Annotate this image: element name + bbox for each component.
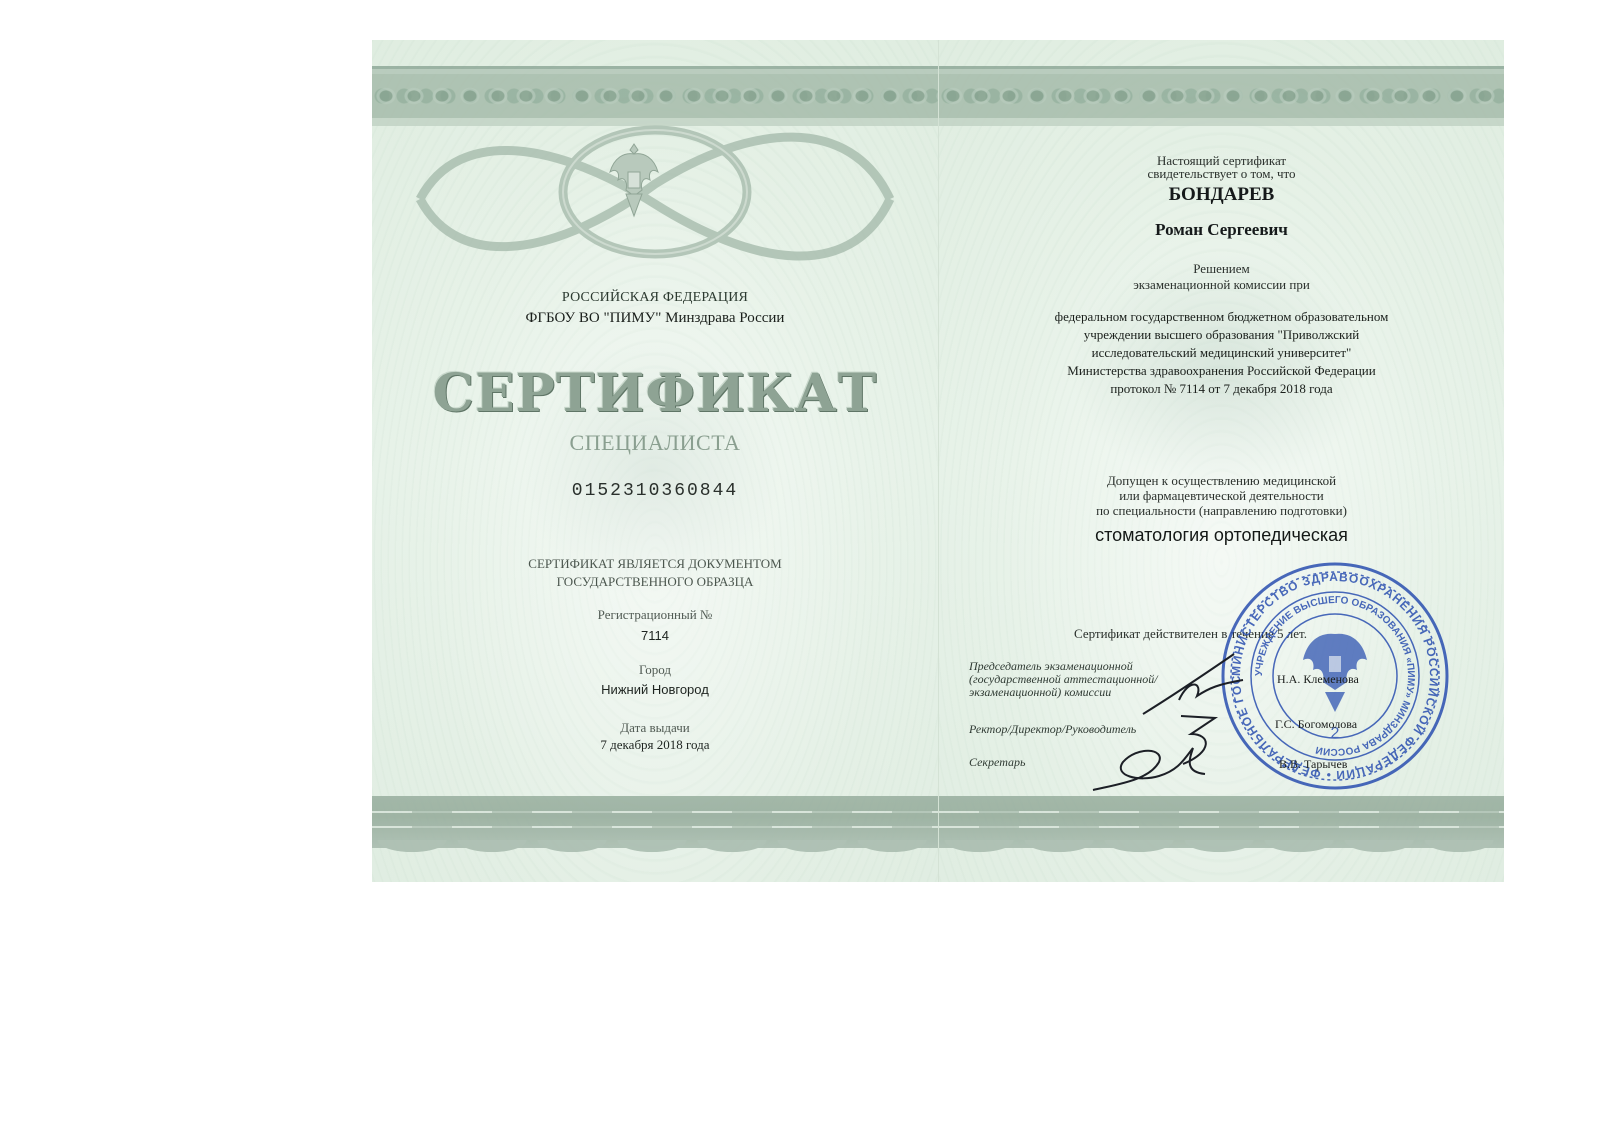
top-guilloche-band	[939, 66, 1504, 126]
protocol-line: протокол № 7114 от 7 декабря 2018 года	[939, 380, 1504, 398]
decision-line2: экзаменационной комиссии при	[939, 278, 1504, 292]
certificate-number: 0152310360844	[372, 481, 938, 501]
registration-label: Регистрационный №	[372, 607, 938, 623]
chairman-name: Н.А. Клеменова	[1277, 672, 1359, 687]
certificate-subtitle: СПЕЦИАЛИСТА	[372, 430, 938, 456]
specialty: стоматология ортопедическая	[939, 525, 1504, 546]
certificate-left-page: РОССИЙСКАЯ ФЕДЕРАЦИЯ ФГБОУ ВО "ПИМУ" Мин…	[372, 40, 938, 882]
role-line: экзаменационной) комиссии	[969, 686, 1158, 699]
bottom-wave-band	[372, 796, 938, 848]
certificate-document: РОССИЙСКАЯ ФЕДЕРАЦИЯ ФГБОУ ВО "ПИМУ" Мин…	[372, 40, 1504, 882]
city-label: Город	[372, 662, 938, 678]
document-note-line1: СЕРТИФИКАТ ЯВЛЯЕТСЯ ДОКУМЕНТОМ	[372, 556, 938, 572]
document-note-line2: ГОСУДАРСТВЕННОГО ОБРАЗЦА	[372, 574, 938, 590]
admission-line: или фармацевтической деятельности	[939, 489, 1504, 503]
secretary-role: Секретарь	[969, 756, 1025, 769]
issue-date-value: 7 декабря 2018 года	[372, 737, 938, 753]
secretary-signature	[1089, 740, 1209, 794]
institution-line: федеральном государственном бюджетном об…	[939, 308, 1504, 326]
institution-line: исследовательский медицинский университе…	[939, 344, 1504, 362]
secretary-name: В.В. Тарычев	[1279, 757, 1347, 772]
institution-line: Министерства здравоохранения Российской …	[939, 362, 1504, 380]
admission-line: Допущен к осуществлению медицинской	[939, 474, 1504, 488]
registration-number: 7114	[372, 628, 938, 643]
country-heading: РОССИЙСКАЯ ФЕДЕРАЦИЯ	[372, 290, 938, 306]
certificate-title: СЕРТИФИКАТ	[372, 363, 938, 424]
institution-line: учреждении высшего образования "Приволжс…	[939, 326, 1504, 344]
city-value: Нижний Новгород	[372, 682, 938, 697]
certificate-right-page: Настоящий сертификат свидетельствует о т…	[938, 40, 1504, 882]
rector-role: Ректор/Директор/Руководитель	[969, 723, 1136, 736]
intro-line2: свидетельствует о том, что	[939, 167, 1504, 180]
chairman-signature	[1139, 648, 1249, 718]
holder-given-names: Роман Сергеевич	[939, 220, 1504, 240]
russian-coat-of-arms-icon	[606, 138, 662, 222]
rector-name: Г.С. Богомолова	[1275, 717, 1357, 732]
admission-line: по специальности (направлению подготовки…	[939, 504, 1504, 518]
decision-line1: Решением	[939, 262, 1504, 276]
holder-surname: БОНДАРЕВ	[939, 184, 1504, 206]
chairman-role: Председатель экзаменационной (государств…	[969, 660, 1158, 699]
issue-date-label: Дата выдачи	[372, 720, 938, 736]
bottom-wave-band	[939, 796, 1504, 848]
issuing-organization: ФГБОУ ВО "ПИМУ" Минздрава России	[372, 310, 938, 327]
